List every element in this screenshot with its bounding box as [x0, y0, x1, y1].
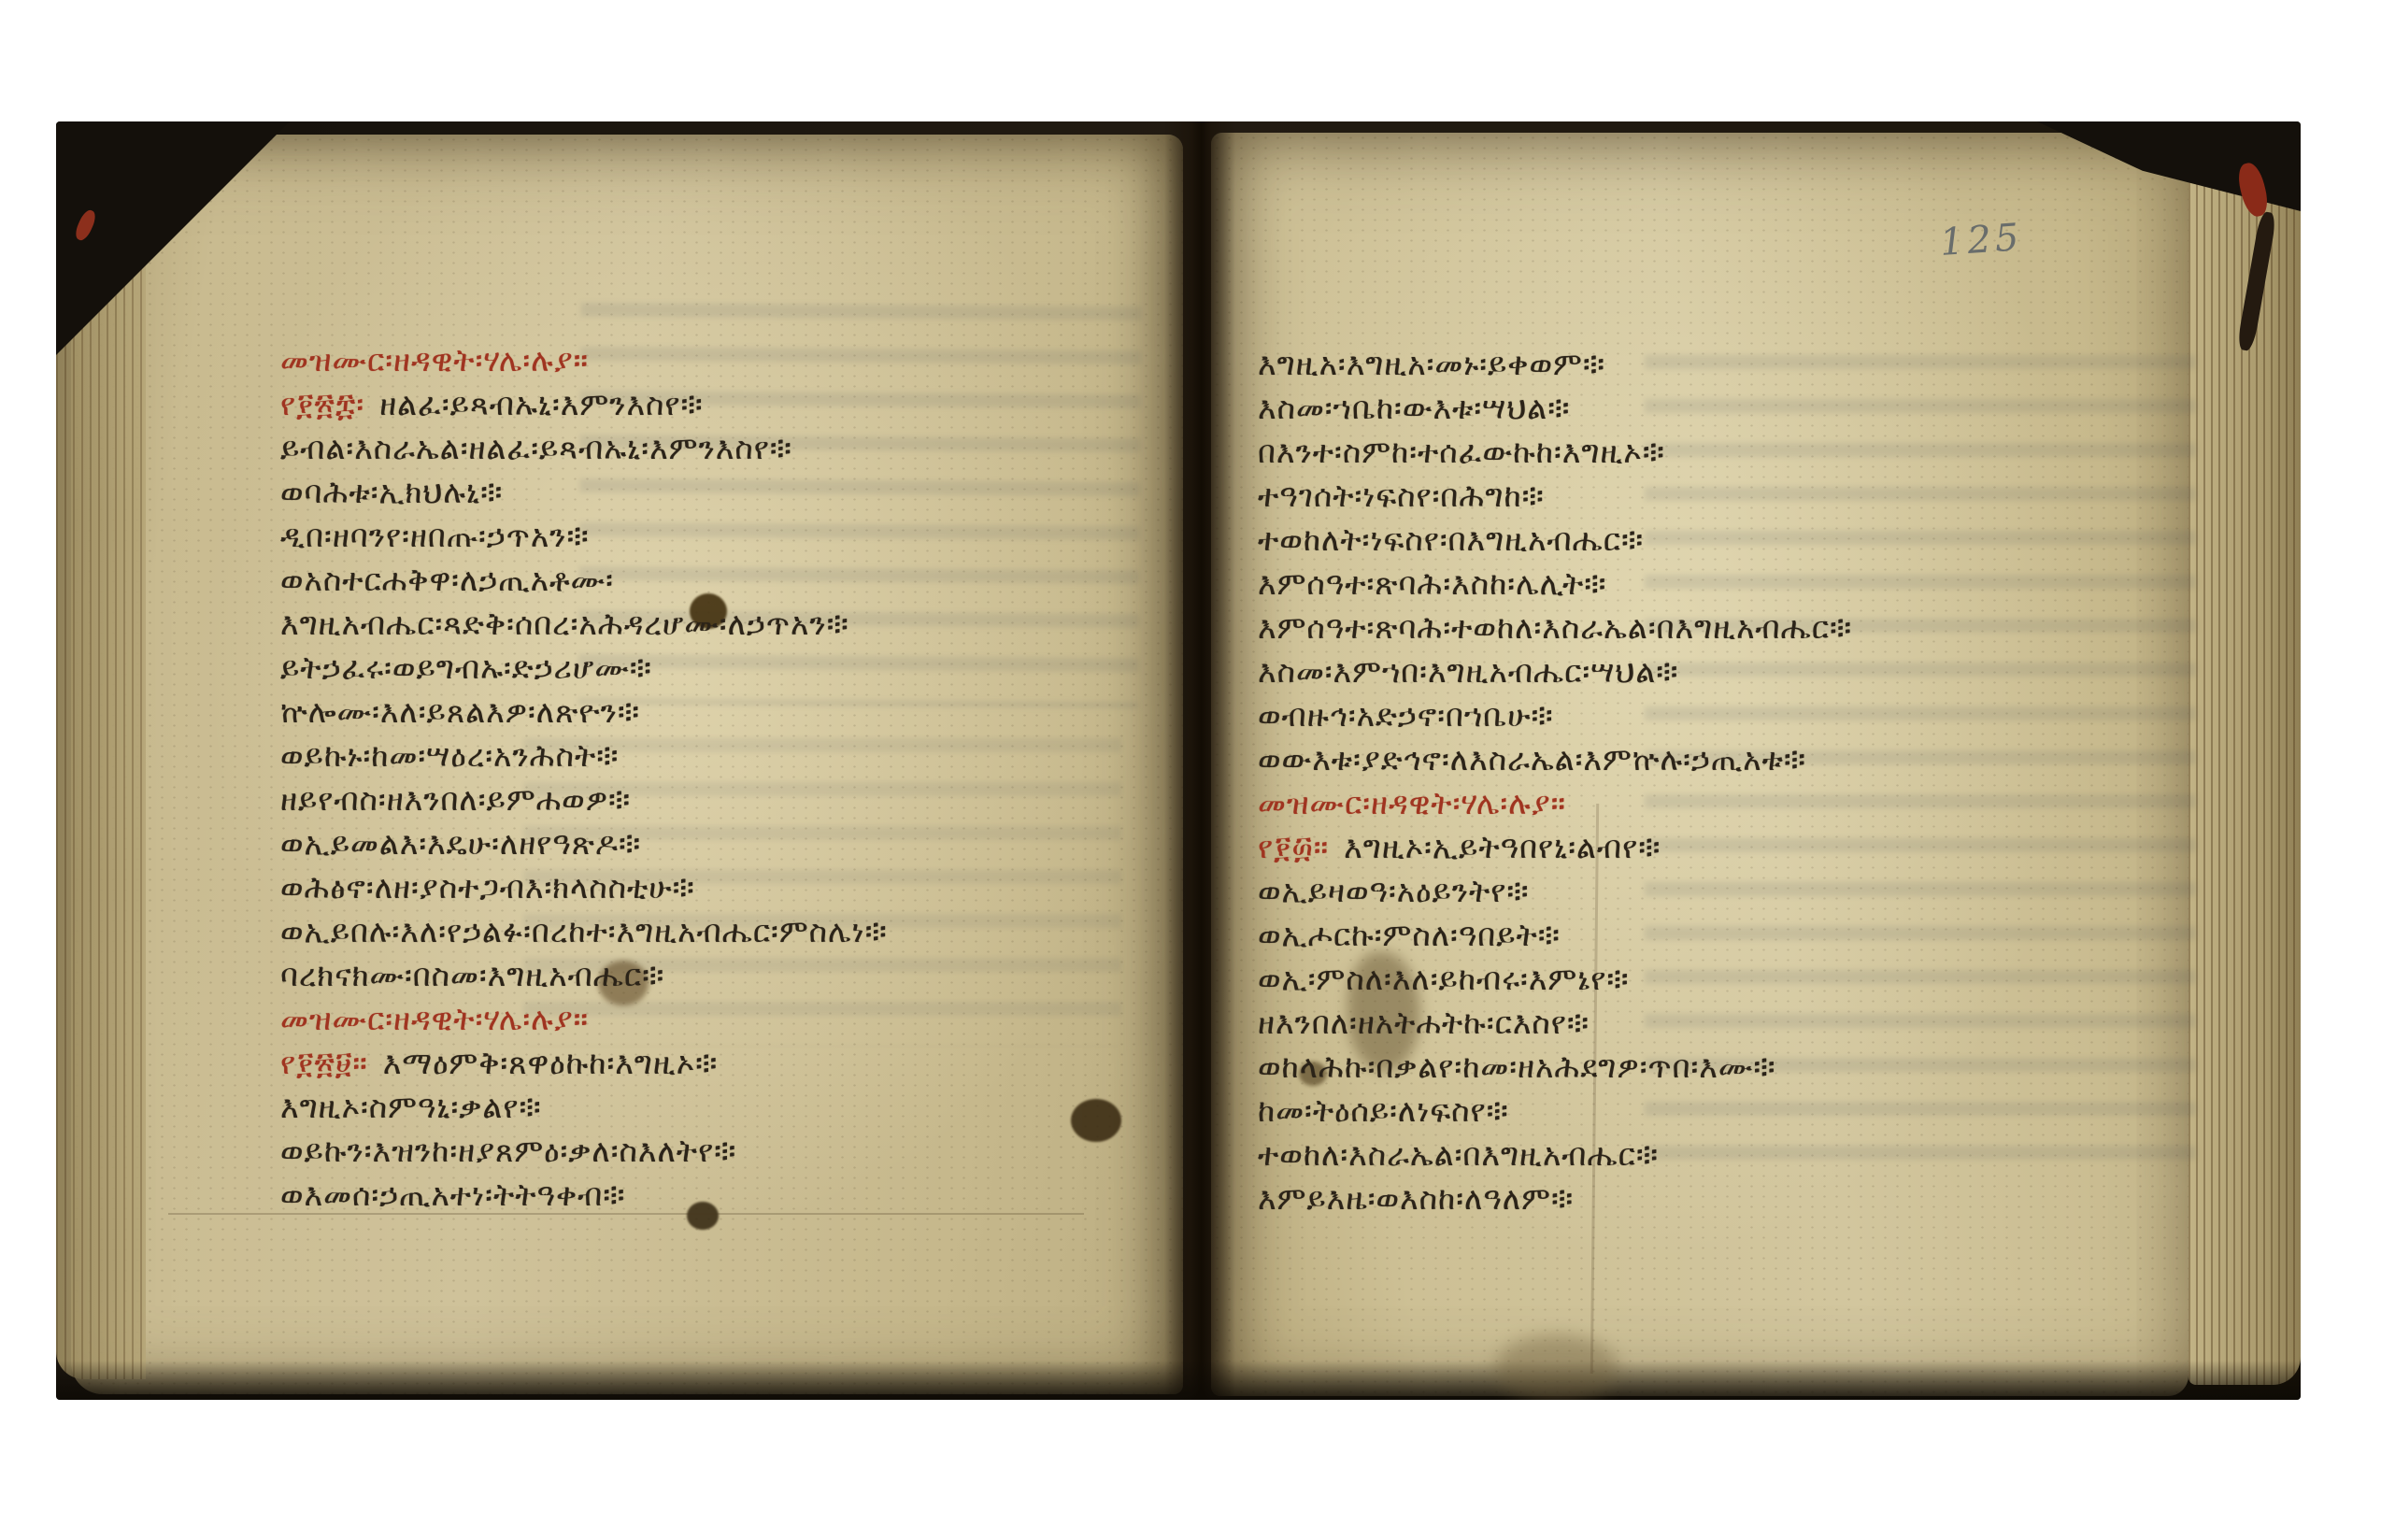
- verse-text: ኵሎሙ፡እለ፡ይጸልእዎ፡ለጽዮን፨: [280, 693, 640, 730]
- verse-text: ወውእቱ፡ያድኅኖ፡ለእስራኤል፡እምኵሉ፡ኃጢአቱ፨: [1258, 741, 1806, 777]
- text-line: ተወከለ፡እስራኤል፡በእግዚአብሔር፨: [1258, 1133, 2192, 1176]
- text-line: ይትኃፈሩ፡ወይግብኡ፡ድኃሪሆሙ፨: [280, 646, 1162, 690]
- text-line: ኵሎሙ፡እለ፡ይጸልእዎ፡ለጽዮን፨: [280, 690, 1162, 734]
- text-line: ወኢይበሉ፡እለ፡የኃልፉ፡በረከተ፡እግዚአብሔር፡ምስሌነ፨: [280, 909, 1162, 953]
- text-line: ወከላሕኩ፡በቃልየ፡ከመ፡ዘአሕደግዎ፡ጥበ፡እሙ፨: [1258, 1045, 2192, 1089]
- psalm-number-rubric: የ፻፴።: [1258, 829, 1329, 865]
- text-line: መዝሙር፡ዘዳዊት፡ሃሌ፡ሉያ።: [1258, 781, 2192, 825]
- text-line: ወውእቱ፡ያድኅኖ፡ለእስራኤል፡እምኵሉ፡ኃጢአቱ፨: [1258, 737, 2192, 781]
- verse-text: ወብዙኅ፡አድኃኖ፡በኀቤሁ፨: [1258, 697, 1554, 734]
- verse-text: ይትኃፈሩ፡ወይግብኡ፡ድኃሪሆሙ፨: [280, 649, 652, 686]
- verse-text: ወሕፅኖ፡ለዘ፡ያስተጋብእ፡ክላስስቲሁ፨: [280, 869, 695, 905]
- text-line: ወይኩን፡እዝንከ፡ዘያጸምዕ፡ቃለ፡ስእለትየ፨: [280, 1129, 1162, 1173]
- text-line: ወሕፅኖ፡ለዘ፡ያስተጋብእ፡ክላስስቲሁ፨: [280, 865, 1162, 909]
- book-gutter: [1164, 121, 1235, 1400]
- text-line: ወኢይመልእ፡እዴሁ፡ለዘየዓጽዶ፨: [280, 821, 1162, 865]
- text-line: ወኢይዛወዓ፡አዕይንትየ፨: [1258, 869, 2192, 913]
- text-line: ወእመሰ፡ኃጢአተነ፡ትትዓቀብ፨: [280, 1173, 1162, 1217]
- verse-text: እምሰዓተ፡ጽባሕ፡እስከ፡ሌሊት፨: [1258, 565, 1606, 602]
- text-line: መዝሙር፡ዘዳዊት፡ሃሌ፡ሉያ።: [280, 997, 1162, 1041]
- text-line: ወአስተርሐቅዋ፡ለኃጢአቶሙ፡: [280, 558, 1162, 602]
- manuscript-photo: 125 መዝሙር፡ዘዳዊት፡ሃሌ፡ሉያ።የ፻፳፰፡ዘልፈ፡ይጻብኡኒ፡እምንእስ…: [56, 121, 2301, 1400]
- verse-text: እግዚአብሔር፡ጻድቅ፡ሰበረ፡አሕዳረሆሙ፡ለኃጥአን፨: [280, 606, 849, 642]
- verse-text: እስመ፡ኀቤከ፡ውእቱ፡ሣህል፨: [1258, 390, 1570, 426]
- verse-text: ዘልፈ፡ይጻብኡኒ፡እምንእስየ፨: [379, 386, 703, 422]
- psalm-number-rubric: የ፻፳፱።: [280, 1045, 368, 1081]
- text-line: ወይኩኑ፡ከመ፡ሣዕረ፡አንሕስት፨: [280, 734, 1162, 777]
- text-line: ዘይየብስ፡ዘእንበለ፡ይምሐወዎ፨: [280, 777, 1162, 821]
- text-line: ተዓገሰት፡ነፍስየ፡በሕግከ፨: [1258, 474, 2192, 518]
- verse-text: ይብል፡እስራኤል፡ዘልፈ፡ይጻብኡኒ፡እምንእስየ፨: [280, 430, 792, 466]
- verse-text: ወእመሰ፡ኃጢአተነ፡ትትዓቀብ፨: [280, 1176, 625, 1213]
- text-line: ከመ፡ትዕሰይ፡ለነፍስየ፨: [1258, 1089, 2192, 1133]
- verse-text: ወኢይበሉ፡እለ፡የኃልፉ፡በረከተ፡እግዚአብሔር፡ምስሌነ፨: [280, 913, 888, 949]
- verse-text: እማዕምቅ፡ጸዋዕኩከ፡እግዚኦ፨: [383, 1045, 719, 1081]
- text-line: ዘእንበለ፡ዘአትሐትኩ፡ርእስየ፨: [1258, 1001, 2192, 1045]
- verse-text: ወአስተርሐቅዋ፡ለኃጢአቶሙ፡: [280, 562, 614, 598]
- right-page-text: እግዚአ፡እግዚአ፡መኑ፡ይቀወም፨እስመ፡ኀቤከ፡ውእቱ፡ሣህል፨በእንተ፡ስ…: [1258, 342, 2192, 1239]
- verse-text: በእንተ፡ስምከ፡ተሰፈውኩከ፡እግዚኦ፨: [1258, 434, 1665, 470]
- text-line: የ፻፴።እግዚኦ፡ኢይትዓበየኒ፡ልብየ፨: [1258, 825, 2192, 869]
- text-line: ወኢሖርኩ፡ምስለ፡ዓበይት፨: [1258, 913, 2192, 957]
- page-number: 125: [1939, 216, 2024, 264]
- text-line: እስመ፡ኀቤከ፡ውእቱ፡ሣህል፨: [1258, 386, 2192, 430]
- psalm-title-rubric: መዝሙር፡ዘዳዊት፡ሃሌ፡ሉያ።: [280, 342, 589, 378]
- verse-text: ወከላሕኩ፡በቃልየ፡ከመ፡ዘአሕደግዎ፡ጥበ፡እሙ፨: [1258, 1048, 1776, 1085]
- text-line: የ፻፳፱።እማዕምቅ፡ጸዋዕኩከ፡እግዚኦ፨: [280, 1041, 1162, 1085]
- book-bottom-shadow: [56, 1361, 2301, 1400]
- verse-text: እምይእዜ፡ወእስከ፡ለዓለም፨: [1258, 1180, 1574, 1217]
- text-line: ዲበ፡ዘባንየ፡ዘበጡ፡ኃጥአን፨: [280, 514, 1162, 558]
- text-line: መዝሙር፡ዘዳዊት፡ሃሌ፡ሉያ።: [280, 338, 1162, 382]
- text-line: እምሰዓተ፡ጽባሕ፡እስከ፡ሌሊት፨: [1258, 562, 2192, 606]
- verse-text: ወባሕቱ፡ኢክህሉኒ፨: [280, 474, 503, 510]
- text-line: እምይእዜ፡ወእስከ፡ለዓለም፨: [1258, 1176, 2192, 1220]
- verse-text: ተዓገሰት፡ነፍስየ፡በሕግከ፨: [1258, 478, 1545, 514]
- text-line: ወብዙኅ፡አድኃኖ፡በኀቤሁ፨: [1258, 693, 2192, 737]
- verse-text: እግዚኦ፡ስምዓኒ፡ቃልየ፨: [280, 1089, 542, 1125]
- text-line: ተወከለት፡ነፍስየ፡በእግዚአብሔር፨: [1258, 518, 2192, 562]
- verse-text: እምሰዓተ፡ጽባሕ፡ተወከለ፡እስራኤል፡በእግዚአብሔር፨: [1258, 609, 1852, 646]
- verse-text: ወኢ፡ምስለ፡እለ፡ይከብሩ፡እምኔየ፨: [1258, 961, 1630, 997]
- text-line: እግዚኦ፡ስምዓኒ፡ቃልየ፨: [280, 1085, 1162, 1129]
- text-line: በእንተ፡ስምከ፡ተሰፈውኩከ፡እግዚኦ፨: [1258, 430, 2192, 474]
- verse-text: ወኢይዛወዓ፡አዕይንትየ፨: [1258, 873, 1530, 909]
- verse-text: ተወከለ፡እስራኤል፡በእግዚአብሔር፨: [1258, 1136, 1659, 1173]
- text-line: እስመ፡እምኀበ፡እግዚአብሔር፡ሣህል፨: [1258, 649, 2192, 693]
- verse-text: ባረክናክሙ፡በስመ፡እግዚአብሔር፨: [280, 957, 664, 993]
- left-page-text: መዝሙር፡ዘዳዊት፡ሃሌ፡ሉያ።የ፻፳፰፡ዘልፈ፡ይጻብኡኒ፡እምንእስየ፨ይብ…: [280, 338, 1162, 1235]
- text-line: የ፻፳፰፡ዘልፈ፡ይጻብኡኒ፡እምንእስየ፨: [280, 382, 1162, 426]
- verse-text: ዲበ፡ዘባንየ፡ዘበጡ፡ኃጥአን፨: [280, 518, 590, 554]
- verse-text: ከመ፡ትዕሰይ፡ለነፍስየ፨: [1258, 1092, 1509, 1129]
- text-line: እግዚአ፡እግዚአ፡መኑ፡ይቀወም፨: [1258, 342, 2192, 386]
- text-line: እግዚአብሔር፡ጻድቅ፡ሰበረ፡አሕዳረሆሙ፡ለኃጥአን፨: [280, 602, 1162, 646]
- verse-text: እግዚአ፡እግዚአ፡መኑ፡ይቀወም፨: [1258, 346, 1605, 382]
- psalm-number-rubric: የ፻፳፰፡: [280, 386, 364, 422]
- verse-text: ወኢይመልእ፡እዴሁ፡ለዘየዓጽዶ፨: [280, 825, 641, 862]
- text-line: ወኢ፡ምስለ፡እለ፡ይከብሩ፡እምኔየ፨: [1258, 957, 2192, 1001]
- text-line: ወባሕቱ፡ኢክህሉኒ፨: [280, 470, 1162, 514]
- stain: [1495, 1334, 1618, 1400]
- verse-text: ዘይየብስ፡ዘእንበለ፡ይምሐወዎ፨: [280, 781, 631, 818]
- verse-text: እግዚኦ፡ኢይትዓበየኒ፡ልብየ፨: [1344, 829, 1661, 865]
- verse-text: እስመ፡እምኀበ፡እግዚአብሔር፡ሣህል፨: [1258, 653, 1678, 690]
- verse-text: ወይኩኑ፡ከመ፡ሣዕረ፡አንሕስት፨: [280, 737, 619, 774]
- verse-text: ወኢሖርኩ፡ምስለ፡ዓበይት፨: [1258, 917, 1561, 953]
- text-line: ይብል፡እስራኤል፡ዘልፈ፡ይጻብኡኒ፡እምንእስየ፨: [280, 426, 1162, 470]
- verse-text: ወይኩን፡እዝንከ፡ዘያጸምዕ፡ቃለ፡ስእለትየ፨: [280, 1133, 736, 1169]
- verse-text: ዘእንበለ፡ዘአትሐትኩ፡ርእስየ፨: [1258, 1005, 1590, 1041]
- text-line: እምሰዓተ፡ጽባሕ፡ተወከለ፡እስራኤል፡በእግዚአብሔር፨: [1258, 606, 2192, 649]
- psalm-title-rubric: መዝሙር፡ዘዳዊት፡ሃሌ፡ሉያ።: [1258, 785, 1566, 821]
- verse-text: ተወከለት፡ነፍስየ፡በእግዚአብሔር፨: [1258, 521, 1644, 558]
- psalm-title-rubric: መዝሙር፡ዘዳዊት፡ሃሌ፡ሉያ።: [280, 1001, 589, 1037]
- text-line: ባረክናክሙ፡በስመ፡እግዚአብሔር፨: [280, 953, 1162, 997]
